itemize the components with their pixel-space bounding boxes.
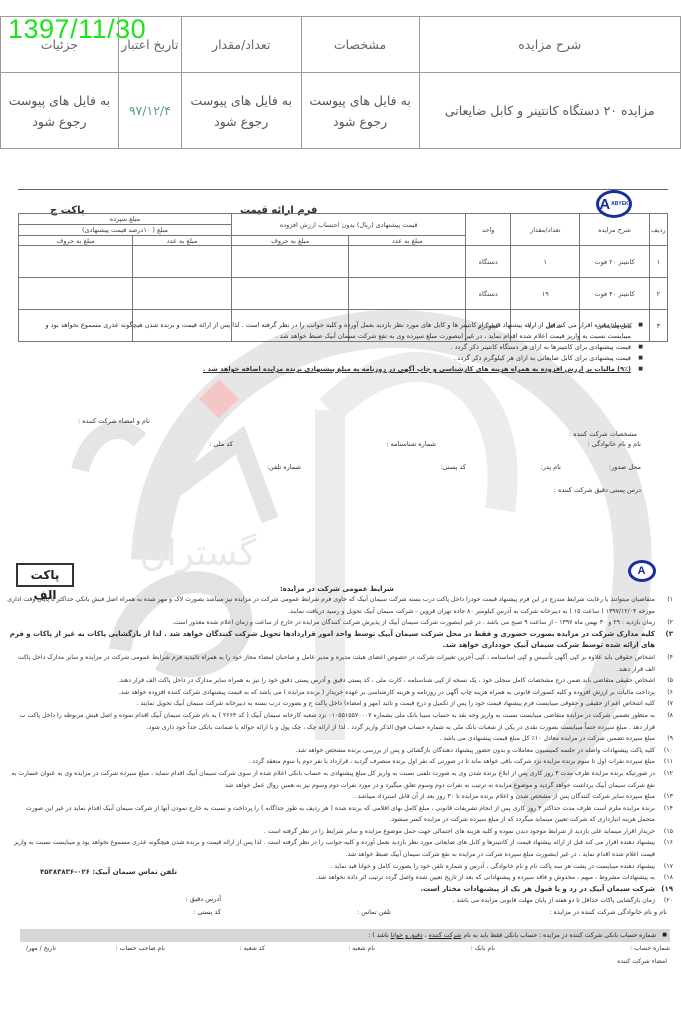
condition-item: ۳)کلیه مدارک شرکت در مزایده بصورت حضوری …	[7, 629, 673, 652]
row-quantity: ۱۹	[511, 278, 580, 310]
header-description: شرح مزایده	[419, 17, 681, 73]
general-conditions-title: شرایط عمومی شرکت در مزایده:	[280, 585, 394, 593]
row-description: کانتینر ۴۰ فوت	[580, 278, 649, 310]
condition-item: ۱۲)در صورتیکه برنده مزایده ظرف مدت ۳ روز…	[7, 768, 673, 791]
deposit-digits-input[interactable]	[133, 278, 232, 310]
bank-name-field[interactable]: نام بانک :	[471, 945, 495, 952]
condition-item: ۱۵)خریدار اقرار مینماید علی بازدید از شر…	[7, 826, 673, 838]
condition-item: ۴)اشخاص حقوقی باید علاوه بر کپی آگهی تأس…	[7, 652, 673, 675]
header-price-words: مبلغ به حروف	[232, 236, 349, 246]
bidder-postal-code-field[interactable]: کد پستی :	[193, 908, 221, 916]
condition-item: ۶)پرداخت مالیات بر ارزش افزوده و کلیه کس…	[7, 687, 673, 699]
date-stamp-field[interactable]: تاریخ / مهر/	[26, 945, 56, 952]
price-digits-input[interactable]	[349, 278, 466, 310]
row-quantity: ۱	[511, 246, 580, 278]
condition-item: ۲)زمان بازدید : ۲۹ و ۳۰ بهمن ماه ۱۳۹۷ - …	[7, 617, 673, 629]
company-logo-icon: AABYEK	[596, 190, 632, 218]
condition-item: ۱۳)مبلغ سپرده سایر شرکت کنندگان پس از مش…	[7, 791, 673, 803]
row-no: ۱	[649, 246, 667, 278]
id-number-field[interactable]: شماره شناسنامه :	[386, 440, 436, 448]
header-quantity: تعداد/مقدار	[181, 17, 301, 73]
bidder-name-field[interactable]: نام و نام خانوادگی شرکت کننده در مزایده …	[549, 908, 667, 916]
row-description: کانتینر ۲۰ فوت	[580, 246, 649, 278]
participant-signature-field[interactable]: امضاء شرکت کننده	[617, 958, 667, 965]
price-row: ۲ کانتینر ۴۰ فوت ۱۹ دستگاه	[19, 278, 668, 310]
condition-item: ۱۹)شرکت سیمان آبیک در رد و یا قبول هر یک…	[7, 884, 673, 896]
price-words-input[interactable]	[232, 278, 349, 310]
postal-address-field[interactable]: درس پستی دقیق شرکت کننده :	[554, 486, 641, 494]
deposit-words-input[interactable]	[19, 278, 133, 310]
contact-phone-field[interactable]: تلفن تماس :	[357, 908, 391, 916]
condition-item: ۱)متقاضیان میتوانند با رعایت شرایط مندرج…	[7, 594, 673, 617]
branch-name-field[interactable]: نام شعبه :	[348, 945, 375, 952]
note-item: قیمت پیشنهادی برای کانتینرها به ازای هر …	[23, 342, 643, 353]
condition-item: ۲۰)زمان بازگشایی پاکات حداقل تا دو هفته …	[7, 895, 673, 907]
header-deposit-digits: مبلغ به عدد	[133, 236, 232, 246]
price-table-header: ردیف شرح مزایده تعداد/مقدار واحد قیمت پی…	[19, 214, 668, 236]
cell-description: مزایده ۲۰ دستگاه کانتینر و کابل ضایعاتی	[419, 73, 681, 149]
header-quantity: تعداد/مقدار	[511, 214, 580, 246]
row-unit: دستگاه	[466, 278, 511, 310]
deposit-words-input[interactable]	[19, 246, 133, 278]
row-no: ۳	[649, 310, 667, 342]
header-proposed-price: قیمت پیشنهادی (ریال) بدون احتساب ارزش اف…	[232, 214, 466, 236]
branch-code-field[interactable]: کد شعبه :	[239, 945, 265, 952]
header-description: شرح مزایده	[580, 214, 649, 246]
national-code-field[interactable]: کد ملی :	[209, 440, 233, 448]
account-holder-field[interactable]: نام صاحب حساب :	[115, 945, 165, 952]
phone-field[interactable]: شماره تلفن:	[267, 463, 301, 471]
header-specs: مشخصات	[301, 17, 419, 73]
cell-quantity: به فایل های پیوست رجوع شود	[181, 73, 301, 149]
packet-a-label: پاکت الف	[16, 563, 74, 587]
cell-details: به فایل های پیوست رجوع شود	[1, 73, 119, 149]
postal-code-field[interactable]: کد پستی:	[440, 463, 466, 471]
header-deposit: مبلغ سپرده مبلغ ( ۱۰درصد قیمت پیشنهادی)	[19, 214, 232, 236]
deposit-digits-input[interactable]	[133, 246, 232, 278]
header-unit: واحد	[466, 214, 511, 246]
participant-section-label: مشخصات شرکت کننده :	[569, 430, 637, 438]
condition-item: ۱۶)پیشنهاد دهنده اقرار می کند قبل از ارا…	[7, 837, 673, 860]
price-row: ۱ کانتینر ۲۰ فوت ۱ دستگاه	[19, 246, 668, 278]
condition-item: ۱۰)کلیه پاکت پیشنهادات واصله در جلسه کمی…	[7, 745, 673, 757]
full-name-field[interactable]: نام و نام خانوادگی :	[587, 440, 641, 448]
document-divider	[18, 189, 668, 190]
price-words-input[interactable]	[232, 246, 349, 278]
condition-item: ۱۱)مبلغ سپرده نفرات اول تا سوم برنده مزا…	[7, 756, 673, 768]
note-item: پیشنهاد دهنده اقرار می کند قبل از ارائه …	[23, 320, 643, 342]
condition-item: ۷)کلیه اشخاص اعم از حقیقی و حقوقی میبایس…	[7, 698, 673, 710]
condition-item: ۵)اشخاص حقیقی متقاضی باید ضمن درج مشخصات…	[7, 675, 673, 687]
note-item: قیمت پیشنهادی برای کابل ضایعاتی به ازای …	[23, 353, 643, 364]
price-digits-input[interactable]	[349, 246, 466, 278]
contact-phone-note: تلفن تماس سیمان آبیک: ۰۲۶-۴۵۳۸۳۸۳۶	[40, 868, 177, 876]
svg-text:گستران: گستران	[140, 532, 257, 574]
condition-item: ۸)به منظور تضمین شرکت در مزایده متقاضی م…	[7, 710, 673, 733]
price-form-notes: پیشنهاد دهنده اقرار می کند قبل از ارائه …	[23, 320, 643, 375]
participant-signature-label: نام و امضاء شرکت کننده :	[78, 417, 150, 425]
company-logo-icon: A	[628, 560, 656, 582]
father-name-field[interactable]: نام پدر:	[541, 463, 561, 471]
header-row-no: ردیف	[649, 214, 667, 246]
condition-item: ۹)مبلغ سپرده تضمین شرکت در مزایده معادل …	[7, 733, 673, 745]
note-item: (۹٪) مالیات بر ارزش افزوده به همراه هزین…	[23, 364, 643, 375]
header-price-digits: مبلغ به عدد	[349, 236, 466, 246]
summary-row: مزایده ۲۰ دستگاه کانتینر و کابل ضایعاتی …	[1, 73, 681, 149]
stamp-date: 1397/11/30	[8, 14, 146, 44]
row-unit: دستگاه	[466, 246, 511, 278]
issue-place-field[interactable]: محل صدور:	[609, 463, 641, 471]
bank-account-fields: شماره حساب : نام بانک : نام شعبه : کد شع…	[20, 945, 670, 959]
condition-item: ۱۴)برنده مزایده ملزم است ظرف مدت حداکثر …	[7, 803, 673, 826]
bank-account-instructions: شماره حساب بانکی شرکت کننده در مزایده : …	[20, 929, 670, 942]
general-conditions-list: ۱)متقاضیان میتوانند با رعایت شرایط مندرج…	[7, 594, 673, 907]
cell-valid-until: ۹۷/۱۲/۴	[118, 73, 181, 149]
account-number-field[interactable]: شماره حساب :	[630, 945, 670, 952]
header-deposit-words: مبلغ به حروف	[19, 236, 133, 246]
row-no: ۲	[649, 278, 667, 310]
exact-address-field[interactable]: آدرس دقیق :	[186, 895, 221, 903]
cell-specs: به فایل های پیوست رجوع شود	[301, 73, 419, 149]
